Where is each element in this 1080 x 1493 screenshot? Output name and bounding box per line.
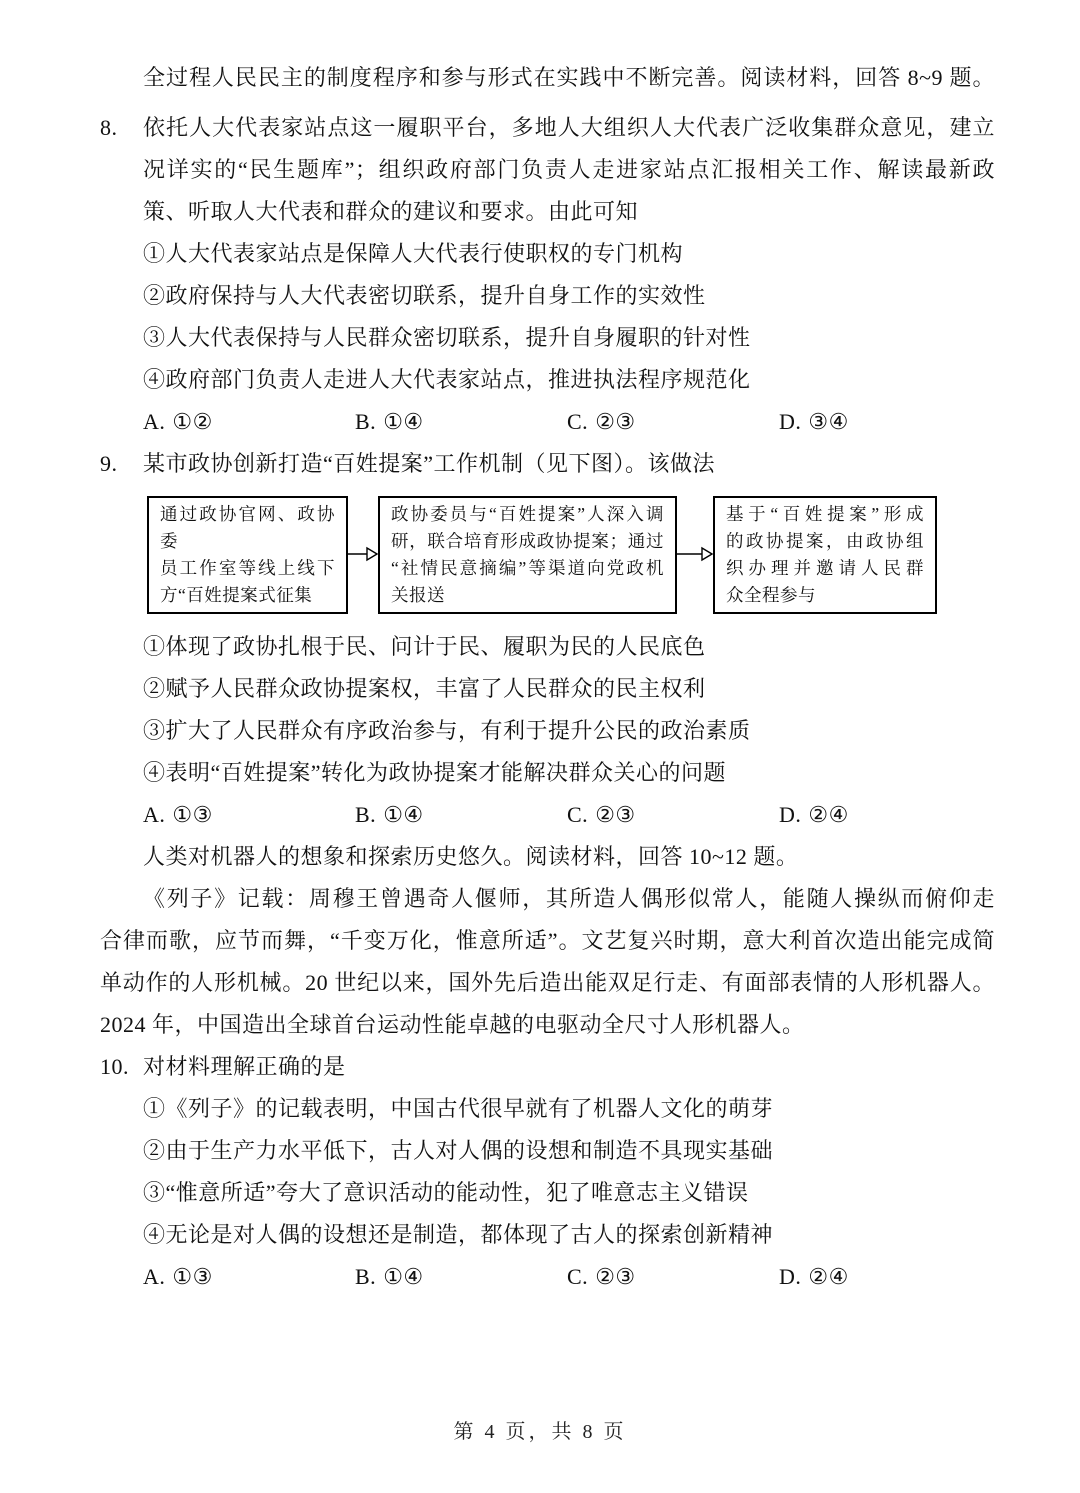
question-9-option-1: ①体现了政协扎根于民、问计于民、履职为民的人民底色 bbox=[100, 626, 995, 668]
choice-d-value: ③④ bbox=[808, 409, 848, 434]
box1-line-2: 员工作室等线上线下 bbox=[160, 555, 335, 582]
choice-d-label: D. bbox=[779, 802, 801, 827]
question-9: 9.某市政协创新打造“百姓提案”工作机制（见下图）。该做法 通过政协官网、政协委… bbox=[100, 443, 995, 836]
question-8-option-1: ①人大代表家站点是保障人大代表行使职权的专门机构 bbox=[100, 233, 995, 275]
question-8-choices-row: A.①②B.①④C.②③D.③④ bbox=[100, 401, 995, 443]
question-10-option-2: ②由于生产力水平低下，古人对人偶的设想和制造不具现实基础 bbox=[100, 1130, 995, 1172]
box3-line-4: 众全程参与 bbox=[726, 582, 924, 609]
choice-a-value: ①③ bbox=[172, 1264, 212, 1289]
flowchart: 通过政协官网、政协委 员工作室等线上线下 方“百姓提案式征集 政协委员与“百姓提… bbox=[100, 485, 995, 626]
question-10-stem-line: 10.对材料理解正确的是 bbox=[100, 1046, 995, 1088]
choice-b-label: B. bbox=[355, 1264, 376, 1289]
box2-line-1: 政协委员与“百姓提案”人深入调 bbox=[391, 501, 664, 528]
question-8-stem-line-3: 策、听取人大代表和群众的建议和要求。由此可知 bbox=[100, 191, 995, 233]
question-9-choice-c: C.②③ bbox=[567, 794, 779, 836]
choice-d-label: D. bbox=[779, 1264, 801, 1289]
question-9-option-3: ③扩大了人民群众有序政治参与，有利于提升公民的政治素质 bbox=[100, 710, 995, 752]
question-8-option-4: ④政府部门负责人走进人大代表家站点，推进执法程序规范化 bbox=[100, 359, 995, 401]
choice-c-value: ②③ bbox=[595, 409, 635, 434]
flowchart-box-2: 政协委员与“百姓提案”人深入调 研，联合培育形成政协提案；通过 “社情民意摘编”… bbox=[378, 496, 677, 614]
box1-line-3: 方“百姓提案式征集 bbox=[160, 582, 335, 609]
question-9-choice-d: D.②④ bbox=[779, 794, 849, 836]
question-10-number: 10. bbox=[100, 1046, 129, 1088]
question-8: 8.依托人大代表家站点这一履职平台，多地人大组织人大代表广泛收集群众意见，建立情… bbox=[100, 107, 995, 443]
question-9-stem-text: 某市政协创新打造“百姓提案”工作机制（见下图）。该做法 bbox=[143, 451, 715, 476]
question-10-stem-text: 对材料理解正确的是 bbox=[143, 1054, 346, 1079]
box2-line-3: “社情民意摘编”等渠道向党政机 bbox=[391, 555, 664, 582]
flowchart-box-1: 通过政协官网、政协委 员工作室等线上线下 方“百姓提案式征集 bbox=[147, 496, 348, 614]
choice-a-label: A. bbox=[143, 409, 165, 434]
material-line-3: 合律而歌，应节而舞，“千变万化，惟意所适”。文艺复兴时期，意大利首次造出能完成简 bbox=[100, 920, 995, 962]
question-8-option-3: ③人大代表保持与人民群众密切联系，提升自身履职的针对性 bbox=[100, 317, 995, 359]
flow-arrow-right-icon bbox=[348, 544, 378, 564]
page-footer: 第 4 页，共 8 页 bbox=[0, 1417, 1080, 1447]
box1-line-1: 通过政协官网、政协委 bbox=[160, 501, 335, 555]
material-line-4: 单动作的人形机械。20 世纪以来，国外先后造出能双足行走、有面部表情的人形机器人… bbox=[100, 962, 995, 1004]
box2-line-4: 关报送 bbox=[391, 582, 664, 609]
question-8-option-2: ②政府保持与人大代表密切联系，提升自身工作的实效性 bbox=[100, 275, 995, 317]
choice-b-value: ①④ bbox=[383, 409, 423, 434]
material-intro-line: 人类对机器人的想象和探索历史悠久。阅读材料，回答 10~12 题。 bbox=[100, 836, 995, 878]
material-line-5: 2024 年，中国造出全球首台运动性能卓越的电驱动全尺寸人形机器人。 bbox=[100, 1004, 995, 1046]
choice-a-label: A. bbox=[143, 1264, 165, 1289]
question-8-stem-line-2: 况详实的“民生题库”；组织政府部门负责人走进家站点汇报相关工作、解读最新政 bbox=[100, 149, 995, 191]
box2-line-2: 研，联合培育形成政协提案；通过 bbox=[391, 528, 664, 555]
question-9-number: 9. bbox=[100, 443, 118, 485]
question-10-option-3: ③“惟意所适”夸大了意识活动的能动性，犯了唯意志主义错误 bbox=[100, 1172, 995, 1214]
choice-b-value: ①④ bbox=[383, 802, 423, 827]
question-9-option-2: ②赋予人民群众政协提案权，丰富了人民群众的民主权利 bbox=[100, 668, 995, 710]
choice-b-label: B. bbox=[355, 409, 376, 434]
question-9-stem-line: 9.某市政协创新打造“百姓提案”工作机制（见下图）。该做法 bbox=[100, 443, 995, 485]
choice-d-label: D. bbox=[779, 409, 801, 434]
choice-b-value: ①④ bbox=[383, 1264, 423, 1289]
question-8-stem-text-1: 依托人大代表家站点这一履职平台，多地人大组织人大代表广泛收集群众意见，建立情 bbox=[143, 115, 995, 149]
material-line-2: 《列子》记载：周穆王曾遇奇人偃师，其所造人偶形似常人，能随人操纵而俯仰走跑， bbox=[100, 878, 995, 920]
question-10-option-4: ④无论是对人偶的设想还是制造，都体现了古人的探索创新精神 bbox=[100, 1214, 995, 1256]
question-8-choice-d: D.③④ bbox=[779, 401, 849, 443]
box3-line-3: 织办理并邀请人民群 bbox=[726, 555, 924, 582]
choice-a-label: A. bbox=[143, 802, 165, 827]
flowchart-box-3: 基于“百姓提案”形成 的政协提案，由政协组 织办理并邀请人民群 众全程参与 bbox=[713, 496, 937, 614]
question-10-choice-c: C.②③ bbox=[567, 1256, 779, 1298]
choice-d-value: ②④ bbox=[808, 1264, 848, 1289]
choice-d-value: ②④ bbox=[808, 802, 848, 827]
intro-line: 全过程人民民主的制度程序和参与形式在实践中不断完善。阅读材料，回答 8~9 题。 bbox=[100, 57, 995, 99]
choice-a-value: ①③ bbox=[172, 802, 212, 827]
question-10-choice-a: A.①③ bbox=[143, 1256, 355, 1298]
question-10-choice-b: B.①④ bbox=[355, 1256, 567, 1298]
exam-page: 全过程人民民主的制度程序和参与形式在实践中不断完善。阅读材料，回答 8~9 题。… bbox=[0, 0, 1080, 1298]
flow-arrow-right-icon bbox=[677, 544, 713, 564]
question-9-option-4: ④表明“百姓提案”转化为政协提案才能解决群众关心的问题 bbox=[100, 752, 995, 794]
question-8-stem-line-1: 8.依托人大代表家站点这一履职平台，多地人大组织人大代表广泛收集群众意见，建立情 bbox=[100, 107, 995, 149]
question-8-choice-c: C.②③ bbox=[567, 401, 779, 443]
question-8-choice-b: B.①④ bbox=[355, 401, 567, 443]
choice-a-value: ①② bbox=[172, 409, 212, 434]
choice-c-value: ②③ bbox=[595, 1264, 635, 1289]
question-9-choice-a: A.①③ bbox=[143, 794, 355, 836]
choice-c-value: ②③ bbox=[595, 802, 635, 827]
question-9-choices-row: A.①③B.①④C.②③D.②④ bbox=[100, 794, 995, 836]
question-8-choice-a: A.①② bbox=[143, 401, 355, 443]
choice-c-label: C. bbox=[567, 409, 588, 434]
material-passage: 人类对机器人的想象和探索历史悠久。阅读材料，回答 10~12 题。 《列子》记载… bbox=[100, 836, 995, 1046]
question-9-choice-b: B.①④ bbox=[355, 794, 567, 836]
question-10: 10.对材料理解正确的是 ①《列子》的记载表明，中国古代很早就有了机器人文化的萌… bbox=[100, 1046, 995, 1298]
choice-c-label: C. bbox=[567, 1264, 588, 1289]
box3-line-2: 的政协提案，由政协组 bbox=[726, 528, 924, 555]
question-10-choice-d: D.②④ bbox=[779, 1256, 849, 1298]
choice-b-label: B. bbox=[355, 802, 376, 827]
choice-c-label: C. bbox=[567, 802, 588, 827]
question-10-option-1: ①《列子》的记载表明，中国古代很早就有了机器人文化的萌芽 bbox=[100, 1088, 995, 1130]
question-10-choices-row: A.①③B.①④C.②③D.②④ bbox=[100, 1256, 995, 1298]
box3-line-1: 基于“百姓提案”形成 bbox=[726, 501, 924, 528]
question-8-number: 8. bbox=[100, 107, 118, 149]
